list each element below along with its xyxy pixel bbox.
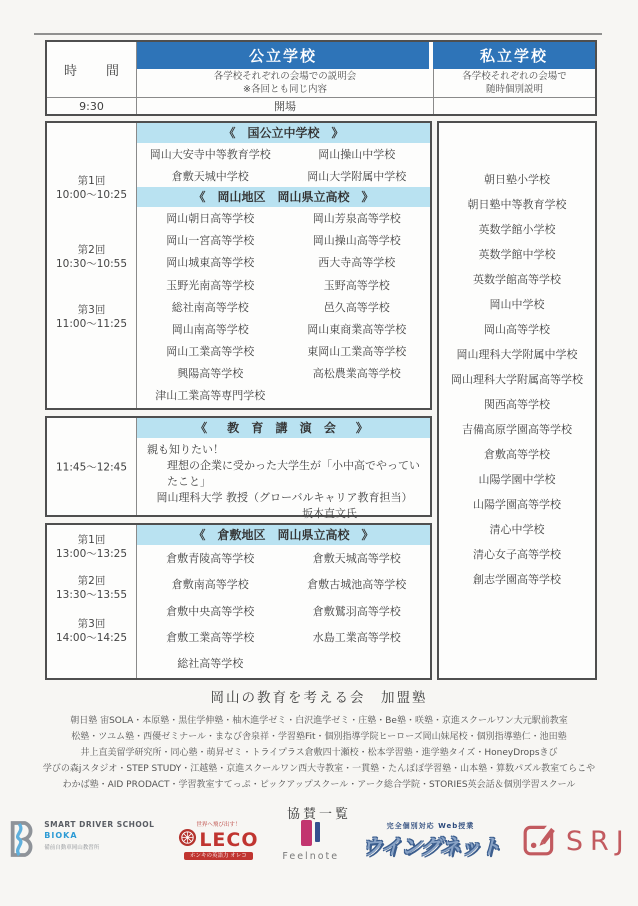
lecture-time-cell: 11:45～12:45 — [47, 418, 137, 515]
private-school-name: 岡山理科大学附属高等学校 — [439, 367, 595, 392]
wingnet-tagline: 完全個別対応 Web授業 — [387, 821, 475, 831]
member-juku-title: 岡山の教育を考える会 加盟塾 — [0, 686, 638, 706]
school-name: 東岡山工業高等学校 — [284, 343, 431, 359]
school-row: 総社南高等学校 邑久高等学校 — [137, 296, 430, 318]
school-name: 興陽高等学校 — [137, 365, 284, 381]
private-school-name: 吉備高原学園高等学校 — [439, 417, 595, 442]
school-row: 興陽高等学校 高松農業高等学校 — [137, 362, 430, 384]
school-name: 岡山工業高等学校 — [137, 343, 284, 359]
private-school-name: 倉敷高等学校 — [439, 442, 595, 467]
school-name: 岡山芳泉高等学校 — [284, 210, 431, 226]
school-row: 玉野光南高等学校 玉野高等学校 — [137, 273, 430, 295]
school-row: 岡山工業高等学校 東岡山工業高等学校 — [137, 340, 430, 362]
sponsor-logo-wingnet: 完全個別対応 Web授業 ウイングネット — [361, 821, 500, 861]
srj-wordmark: SRJ — [566, 826, 631, 857]
private-school-name: 山陽学園中学校 — [439, 467, 595, 492]
private-school-name: 岡山高等学校 — [439, 317, 595, 342]
private-school-name: 山陽学園高等学校 — [439, 492, 595, 517]
session-label: 第3回 11:00～11:25 — [47, 303, 136, 331]
morning-time-cell: 第1回 10:00～10:25 第2回 10:30～10:55 第3回 11:0… — [47, 123, 137, 408]
opening-time: 9:30 — [47, 97, 137, 114]
private-school-name: 岡山中学校 — [439, 292, 595, 317]
school-name: 倉敷古城池高等学校 — [284, 576, 431, 592]
section-title-education-lecture: 《 教 育 講 演 会 》 — [137, 418, 430, 438]
sds-company: 備前自動車岡山教習所 — [44, 843, 154, 851]
schedule-table: 時 間 公立学校 私立学校 各学校それぞれの会場での説明会 ※各回とも同じ内容 … — [45, 40, 597, 680]
leco-emblem-icon — [178, 828, 197, 851]
school-row: 倉敷南高等学校 倉敷古城池高等学校 — [137, 571, 430, 597]
school-name: 倉敷南高等学校 — [137, 576, 284, 592]
school-row: 岡山大安寺中等教育学校 岡山操山中学校 — [137, 143, 430, 165]
public-schools-description: 各学校それぞれの会場での説明会 ※各回とも同じ内容 — [137, 69, 433, 97]
sponsor-logo-srj: SRJ — [522, 821, 631, 861]
section-title-national-public-jhs: 《 国公立中学校 》 — [137, 123, 430, 143]
school-name: 岡山大学附属中学校 — [284, 168, 431, 184]
private-school-name: 創志学園高等学校 — [439, 567, 595, 592]
lecture-speaker-affiliation: 岡山理科大学 教授（グローバルキャリア教育担当） — [147, 489, 422, 505]
sponsor-logo-feelnote: Feelnote — [282, 820, 339, 862]
feelnote-bars-icon — [301, 820, 320, 848]
school-name: 岡山操山高等学校 — [284, 232, 431, 248]
private-school-list: 朝日塾小学校 朝日塾中等教育学校 英数学館小学校 英数学館中学校 英数学館高等学… — [437, 121, 597, 680]
school-row: 倉敷青陵高等学校 倉敷天城高等学校 — [137, 545, 430, 571]
member-juku-line: 学びの森jスタジオ・STEP STUDY・江越塾・京進スクールワン西大寺教室・一… — [0, 761, 638, 777]
lecture-speaker-name: 坂本直文氏 — [147, 505, 422, 521]
member-juku-line: 井上直美留学研究所・同心塾・萌昇ゼミ・トライプラス倉敷四十瀬校・松本学習塾・進学… — [0, 745, 638, 761]
school-row: 倉敷工業高等学校 水島工業高等学校 — [137, 624, 430, 650]
member-juku-line: 松塾・ツユム塾・西優ゼミナール・まなび舎泉祥・学習塾Fit・個別指導学院ヒーロー… — [0, 729, 638, 745]
school-name: 倉敷工業高等学校 — [137, 629, 284, 645]
private-school-name: 清心中学校 — [439, 517, 595, 542]
private-school-name: 関西高等学校 — [439, 392, 595, 417]
feelnote-wordmark: Feelnote — [282, 851, 339, 862]
lecture-lead: 親も知りたい！ — [147, 441, 422, 457]
sds-name: SMART DRIVER SCHOOL — [44, 820, 154, 829]
scanned-schedule-flyer: 時 間 公立学校 私立学校 各学校それぞれの会場での説明会 ※各回とも同じ内容 … — [0, 0, 638, 906]
table-header-block: 時 間 公立学校 私立学校 各学校それぞれの会場での説明会 ※各回とも同じ内容 … — [45, 40, 597, 116]
school-name: 倉敷青陵高等学校 — [137, 550, 284, 566]
school-name: 水島工業高等学校 — [284, 629, 431, 645]
school-name: 岡山一宮高等学校 — [137, 232, 284, 248]
school-row: 津山工業高等専門学校 — [137, 384, 430, 406]
footer: 岡山の教育を考える会 加盟塾 朝日塾 宙SOLA・本原塾・黒住学伸塾・柚木進学ゼ… — [0, 686, 638, 822]
time-column-header: 時 間 — [47, 42, 137, 97]
school-row: 岡山一宮高等学校 岡山操山高等学校 — [137, 229, 430, 251]
member-juku-line: わかば塾・AID PRODACT・学習教室すてっぷ・ピックアップスクール・アーク… — [0, 777, 638, 793]
school-name: 総社高等学校 — [137, 655, 284, 671]
school-name: 玉野高等学校 — [284, 277, 431, 293]
school-name: 高松農業高等学校 — [284, 365, 431, 381]
private-school-name: 朝日塾中等教育学校 — [439, 192, 595, 217]
school-name: 岡山大安寺中等教育学校 — [137, 146, 284, 162]
lecture-subject: 理想の企業に受かった大学生が「小中高でやっていたこと」 — [147, 457, 422, 489]
school-name: 津山工業高等専門学校 — [137, 387, 284, 403]
morning-public-cell: 《 国公立中学校 》 岡山大安寺中等教育学校 岡山操山中学校 倉敷天城中学校 岡… — [137, 123, 430, 408]
school-name: 総社南高等学校 — [137, 299, 284, 315]
afternoon-public-cell: 《 倉敷地区 岡山県立高校 》 倉敷青陵高等学校 倉敷天城高等学校 倉敷南高等学… — [137, 525, 430, 678]
morning-sessions-block: 第1回 10:00～10:25 第2回 10:30～10:55 第3回 11:0… — [45, 121, 432, 410]
school-name: 邑久高等学校 — [284, 299, 431, 315]
school-name: 玉野光南高等学校 — [137, 277, 284, 293]
scan-artifact-line — [34, 33, 602, 35]
private-school-name: 英数学館小学校 — [439, 217, 595, 242]
school-name: 倉敷中央高等学校 — [137, 603, 284, 619]
srj-pencil-box-icon — [522, 821, 558, 861]
sponsor-logos-row: SMART DRIVER SCHOOL BIOKA 備前自動車岡山教習所 世界へ… — [0, 820, 638, 862]
school-row: 岡山朝日高等学校 岡山芳泉高等学校 — [137, 207, 430, 229]
leco-wordmark: LECO — [199, 829, 258, 851]
school-row: 岡山城東高等学校 西大寺高等学校 — [137, 251, 430, 273]
session-label: 第2回 10:30～10:55 — [47, 243, 136, 271]
private-school-name: 岡山理科大学附属中学校 — [439, 342, 595, 367]
private-school-name: 英数学館中学校 — [439, 242, 595, 267]
private-schools-header: 私立学校 — [433, 42, 595, 69]
private-school-name: 清心女子高等学校 — [439, 542, 595, 567]
lecture-content-cell: 《 教 育 講 演 会 》 親も知りたい！ 理想の企業に受かった大学生が「小中高… — [137, 418, 430, 515]
public-schools-header: 公立学校 — [137, 42, 429, 69]
private-schools-description: 各学校それぞれの会場で 随時個別説明 — [433, 69, 595, 97]
session-label: 第2回 13:30～13:55 — [47, 574, 136, 602]
opening-label: 開場 — [137, 97, 433, 114]
private-school-name: 英数学館高等学校 — [439, 267, 595, 292]
school-name: 岡山城東高等学校 — [137, 254, 284, 270]
school-name: 岡山南高等学校 — [137, 321, 284, 337]
session-label: 第1回 13:00～13:25 — [47, 533, 136, 561]
school-row: 総社高等学校 — [137, 650, 430, 676]
section-title-kurashiki-prefectural-hs: 《 倉敷地区 岡山県立高校 》 — [137, 525, 430, 545]
afternoon-time-cell: 第1回 13:00～13:25 第2回 13:30～13:55 第3回 14:0… — [47, 525, 137, 678]
sds-brand: BIOKA — [44, 831, 154, 840]
section-title-okayama-prefectural-hs: 《 岡山地区 岡山県立高校 》 — [137, 187, 430, 207]
school-row: 倉敷天城中学校 岡山大学附属中学校 — [137, 165, 430, 187]
school-name: 倉敷鷲羽高等学校 — [284, 603, 431, 619]
private-school-name: 朝日塾小学校 — [439, 167, 595, 192]
school-name: 岡山操山中学校 — [284, 146, 431, 162]
school-row: 倉敷中央高等学校 倉敷鷲羽高等学校 — [137, 597, 430, 623]
leco-subtitle: ホンキの英語力 オレコ — [184, 852, 253, 860]
wingnet-wordmark: ウイングネット — [361, 831, 500, 861]
session-label: 第3回 14:00～14:25 — [47, 617, 136, 645]
lecture-block: 11:45～12:45 《 教 育 講 演 会 》 親も知りたい！ 理想の企業に… — [45, 416, 432, 517]
sponsor-logo-smart-driver-school: SMART DRIVER SCHOOL BIOKA 備前自動車岡山教習所 — [7, 820, 154, 862]
member-juku-line: 朝日塾 宙SOLA・本原塾・黒住学伸塾・柚木進学ゼミ・白沢進学ゼミ・庄塾・Be塾… — [0, 713, 638, 729]
lecture-time: 11:45～12:45 — [47, 459, 136, 474]
sponsor-logo-leco: 世界へ飛び出す！ LECO ホンキの英語力 オレコ — [176, 822, 260, 860]
opening-private-empty-cell — [433, 97, 595, 114]
school-name: 倉敷天城中学校 — [137, 168, 284, 184]
school-row: 岡山南高等学校 岡山東商業高等学校 — [137, 318, 430, 340]
school-name: 岡山朝日高等学校 — [137, 210, 284, 226]
school-name: 西大寺高等学校 — [284, 254, 431, 270]
bioka-b-icon — [7, 820, 39, 862]
session-label: 第1回 10:00～10:25 — [47, 174, 136, 202]
school-name: 倉敷天城高等学校 — [284, 550, 431, 566]
afternoon-sessions-block: 第1回 13:00～13:25 第2回 13:30～13:55 第3回 14:0… — [45, 523, 432, 680]
school-name: 岡山東商業高等学校 — [284, 321, 431, 337]
